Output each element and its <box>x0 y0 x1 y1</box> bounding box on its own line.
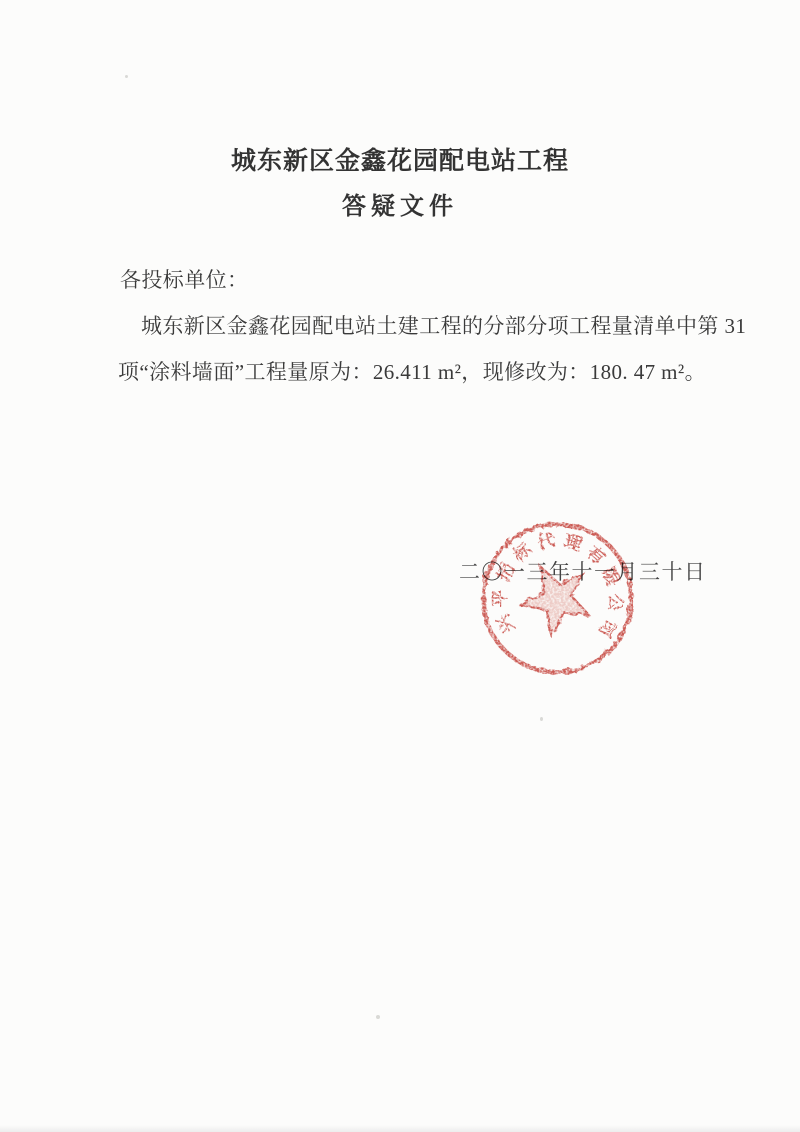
scanned-document-page: 城东新区金鑫花园配电站工程 答疑文件 各投标单位： 城东新区金鑫花园配电站土建工… <box>0 0 800 1132</box>
scan-speck <box>376 1015 380 1019</box>
scan-speck <box>540 717 543 721</box>
document-title: 城东新区金鑫花园配电站工程 <box>0 141 800 177</box>
scan-speck <box>125 75 128 78</box>
salutation: 各投标单位： <box>120 266 248 294</box>
document-subtitle: 答疑文件 <box>0 186 800 221</box>
paragraph-line-1: 城东新区金鑫花园配电站土建工程的分部分项工程量清单中第 31 <box>141 312 746 340</box>
company-stamp: 兴平招标代理有限公司 <box>466 507 646 687</box>
star-icon <box>514 558 593 639</box>
paragraph-line-2: 项“涂料墙面”工程量原为：26.411 m²，现修改为：180. 47 m²。 <box>118 358 706 386</box>
